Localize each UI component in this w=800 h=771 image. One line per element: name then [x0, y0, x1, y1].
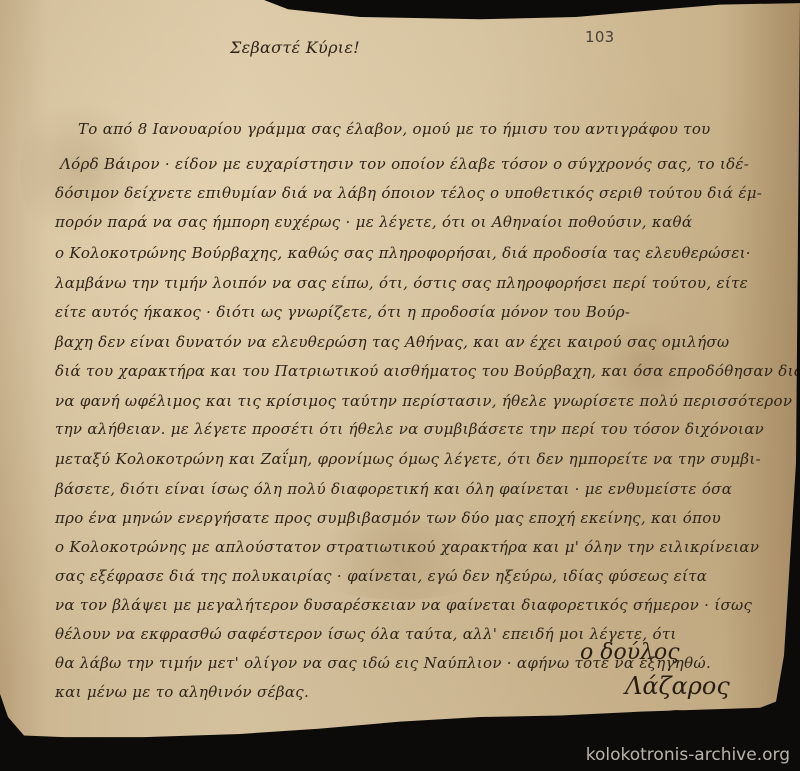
paper-stain: [300, 520, 500, 600]
body-line: την αλήθειαν. με λέγετε προσέτι ότι ήθελ…: [55, 420, 764, 438]
manuscript-page: 103 Σεβαστέ Κύριε! Το από 8 Ιανουαρίου γ…: [0, 0, 800, 771]
body-line: μεταξύ Κολοκοτρώνη και Ζαΐμη, φρονίμως ό…: [55, 450, 761, 468]
body-line: δόσιμον δείχνετε επιθυμίαν διά να λάβη ό…: [55, 184, 762, 202]
archive-watermark: kolokotronis-archive.org: [586, 745, 790, 765]
body-line: και μένω με το αληθινόν σέβας.: [55, 683, 309, 701]
body-line: διά του χαρακτήρα και του Πατριωτικού αι…: [55, 362, 800, 380]
body-line: Το από 8 Ιανουαρίου γράμμα σας έλαβον, ο…: [78, 120, 711, 138]
body-line: είτε αυτός ήκακος · διότι ως γνωρίζετε, …: [55, 303, 630, 321]
folio-number: 103: [585, 28, 615, 46]
signature: Λάζαρος: [625, 672, 730, 700]
body-line: πορόν παρά να σας ήμπορη ευχέρως · με λέ…: [55, 213, 692, 231]
body-line: ο Κολοκοτρώνης Βούρβαχης, καθώς σας πληρ…: [55, 244, 751, 262]
body-line: σας εξέφρασε διά της πολυκαιρίας · φαίνε…: [55, 567, 707, 585]
body-line: προ ένα μηνών ενεργήσατε προς συμβιβασμό…: [55, 509, 721, 527]
signature-flourish-icon: [640, 700, 710, 728]
closing-text: ο δούλος: [580, 640, 680, 665]
body-line: να τον βλάψει με μεγαλήτερον δυσαρέσκεια…: [55, 596, 752, 614]
body-line: λαμβάνω την τιμήν λοιπόν να σας είπω, ότ…: [55, 274, 748, 292]
body-line: βαχη δεν είναι δυνατόν να ελευθερώση τας…: [55, 333, 729, 351]
salutation: Σεβαστέ Κύριε!: [230, 38, 360, 57]
body-line: βάσετε, διότι είναι ίσως όλη πολύ διαφορ…: [55, 480, 732, 498]
body-line: ο Κολοκοτρώνης με απλούστατον στρατιωτικ…: [55, 538, 759, 556]
body-line: Λόρδ Βάιρον · είδον με ευχαρίστησιν τον …: [60, 155, 749, 173]
body-line: να φανή ωφέλιμος και τις κρίσιμος ταύτην…: [55, 392, 792, 410]
